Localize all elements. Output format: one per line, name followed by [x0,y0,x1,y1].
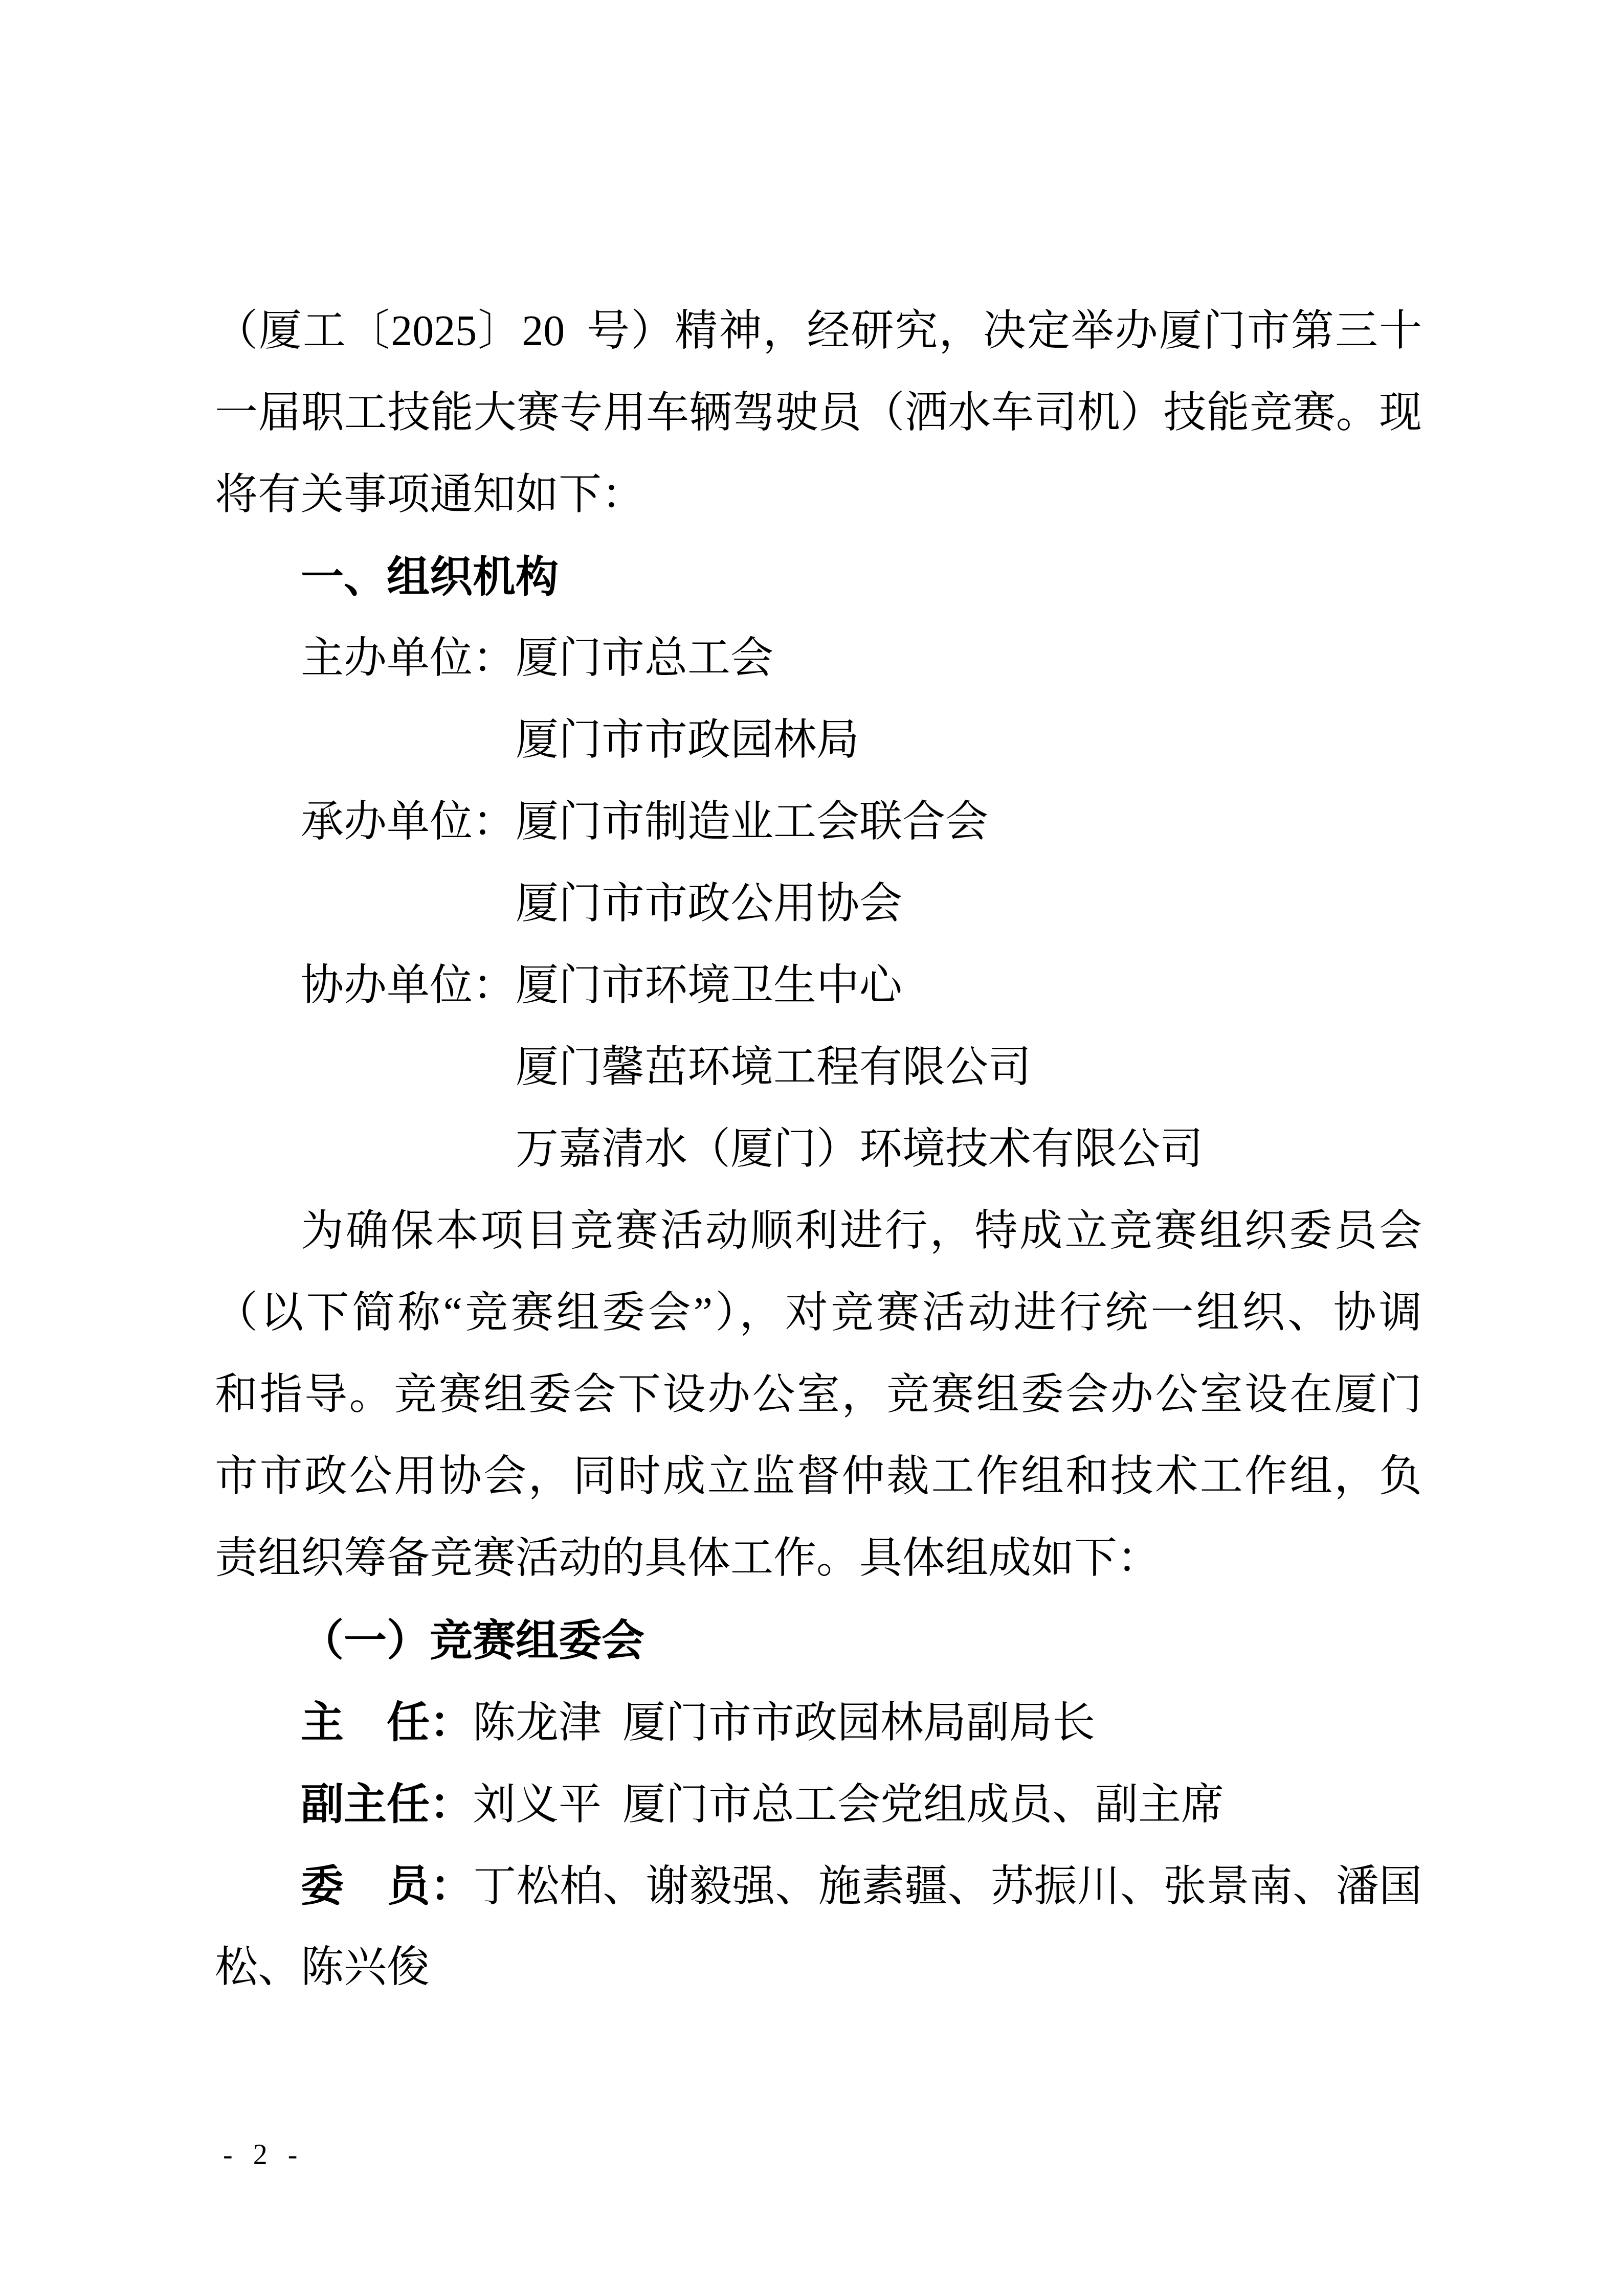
text-line-13: （以下简称“竞赛组委会”），对竞赛活动进行统一组织、协调 [215,1292,1422,1335]
text-line-10: 厦门馨茁环境工程有限公司 [516,1046,1031,1089]
text-line-2: 一届职工技能大赛专用车辆驾驶员（洒水车司机）技能竞赛。现 [215,392,1422,435]
page-number: - 2 - [223,2141,297,2169]
text-line-9: 协办单位：厦门市环境卫生中心 [301,964,902,1007]
text-line-5: 主办单位：厦门市总工会 [301,637,773,680]
text-segment: 承办单位：厦门市制造业工会联合会 [301,798,988,846]
text-segment: 协办单位：厦门市环境卫生中心 [301,962,902,1009]
text-line-6: 厦门市市政园林局 [516,719,859,762]
text-line-8: 厦门市市政公用协会 [516,883,902,926]
text-segment: 市市政公用协会，同时成立监督仲裁工作组和技术工作组，负 [215,1453,1422,1500]
text-line-12: 为确保本项目竞赛活动顺利进行，特成立竞赛组织委员会 [301,1210,1422,1253]
text-segment: 万嘉清水（厦门）环境技术有限公司 [516,1126,1203,1173]
text-segment: 主办单位：厦门市总工会 [301,635,773,682]
text-segment: （厦工〔2025〕20 号）精神，经研究，决定举办厦门市第三十 [215,307,1422,355]
text-segment: 将有关事项通知如下： [215,471,644,519]
text-segment: （一）竞赛组委会 [301,1616,644,1664]
role-label: 委 员： [301,1862,473,1910]
text-segment: 为确保本项目竞赛活动顺利进行，特成立竞赛组织委员会 [301,1207,1422,1255]
text-line-15: 市市政公用协会，同时成立监督仲裁工作组和技术工作组，负 [215,1455,1422,1498]
text-line-3: 将有关事项通知如下： [215,474,644,516]
text-line-19: 副主任：刘义平 厦门市总工会党组成员、副主席 [301,1783,1224,1827]
text-line-4: 一、组织机构 [301,555,559,598]
text-segment: 一届职工技能大赛专用车辆驾驶员（洒水车司机）技能竞赛。现 [215,389,1422,437]
text-segment: （以下简称“竞赛组委会”），对竞赛活动进行统一组织、协调 [215,1289,1422,1337]
text-line-17: （一）竞赛组委会 [301,1619,644,1662]
text-line-16: 责组织筹备竞赛活动的具体工作。具体组成如下： [215,1537,1160,1580]
text-line-21: 松、陈兴俊 [215,1946,430,1989]
text-segment: 一、组织机构 [301,553,559,601]
text-segment: 丁松柏、谢毅强、施素疆、苏振川、张景南、潘国 [473,1863,1422,1910]
text-segment: 陈龙津 厦门市市政园林局副局长 [473,1699,1095,1747]
text-segment: 松、陈兴俊 [215,1944,430,1991]
text-line-1: （厦工〔2025〕20 号）精神，经研究，决定举办厦门市第三十 [215,310,1422,353]
text-line-20: 委 员：丁松柏、谢毅强、施素疆、苏振川、张景南、潘国 [301,1864,1422,1908]
text-line-7: 承办单位：厦门市制造业工会联合会 [301,801,988,844]
text-segment: 厦门市市政园林局 [516,716,859,764]
text-segment: 厦门市市政公用协会 [516,880,902,928]
document-page: （厦工〔2025〕20 号）精神，经研究，决定举办厦门市第三十一届职工技能大赛专… [0,0,1624,2296]
role-label: 主 任： [301,1698,473,1746]
text-line-14: 和指导。竞赛组委会下设办公室，竞赛组委会办公室设在厦门 [215,1374,1422,1416]
text-segment: 厦门馨茁环境工程有限公司 [516,1044,1031,1091]
text-segment: 刘义平 厦门市总工会党组成员、副主席 [473,1781,1224,1829]
role-label: 副主任： [301,1780,473,1828]
text-segment: 和指导。竞赛组委会下设办公室，竞赛组委会办公室设在厦门 [215,1371,1422,1419]
text-segment: 责组织筹备竞赛活动的具体工作。具体组成如下： [215,1535,1160,1582]
text-line-11: 万嘉清水（厦门）环境技术有限公司 [516,1128,1203,1171]
text-line-18: 主 任：陈龙津 厦门市市政园林局副局长 [301,1701,1095,1745]
